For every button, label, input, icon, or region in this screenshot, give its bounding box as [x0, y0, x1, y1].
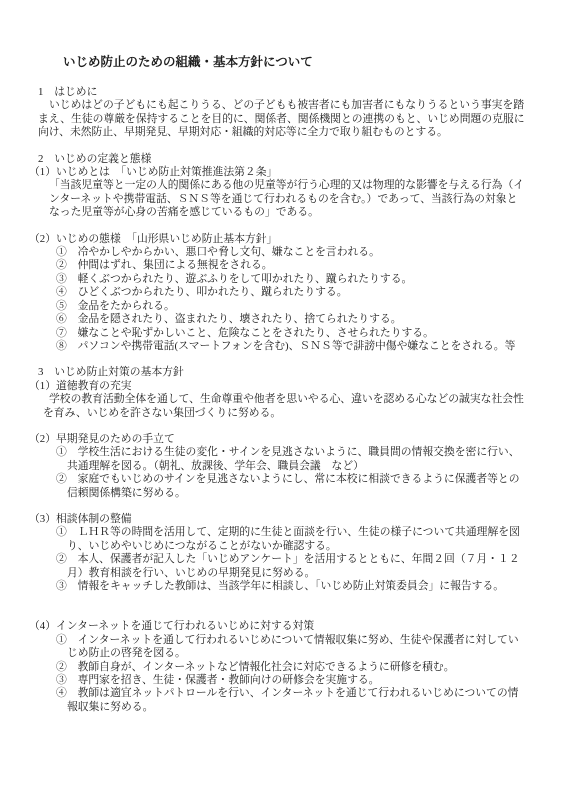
subsection-3-4-items: ① インターネットを通して行われるいじめについて情報収集に努め、生徒や保護者に対…	[38, 634, 528, 714]
section-3: 3 いじめ防止対策の基本方針 （1）道徳教育の充実 学校の教育活動全体を通して、…	[38, 366, 528, 714]
list-item: ③ 情報をキャッチした教師は、当該学年に相談し、「いじめ防止対策委員会」に報告す…	[38, 580, 528, 593]
subsection-3-2: （2）早期発見のための手立て ① 学校生活における生徒の変化・サインを見逃さない…	[38, 433, 528, 500]
subsection-3-4-label: （4）インターネットを通じて行われるいじめに対する対策	[29, 620, 528, 633]
subsection-2-1-label: （1）いじめとは 「いじめ防止対策推進法第２条」	[29, 166, 528, 179]
subsection-3-4: （4）インターネットを通じて行われるいじめに対する対策 ① インターネットを通し…	[38, 620, 528, 714]
subsection-3-2-label: （2）早期発見のための手立て	[29, 433, 528, 446]
subsection-3-3-label: （3）相談体制の整備	[29, 513, 528, 526]
section-2-heading: 2 いじめの定義と態様	[38, 153, 528, 166]
subsection-2-1-quote: 「当該児童等と一定の人的関係にある他の児童等が行う心理的又は物理的な影響を与える…	[38, 179, 528, 219]
list-item: ⑤ 金品をたかられる。	[38, 300, 528, 313]
list-item: ⑧ パソコンや携帯電話(スマートフォンを含む)、ＳＮＳ等で誹謗中傷や嫌なことをさ…	[38, 340, 528, 353]
list-item: ① 冷やかしやからかい、悪口や脅し文句、嫌なことを言われる。	[38, 246, 528, 259]
subsection-3-3-items: ① ＬＨＲ等の時間を活用して、定期的に生徒と面談を行い、生徒の様子について共通理…	[38, 526, 528, 593]
document-page: いじめ防止のための組織・基本方針について 1 はじめに いじめはどの子どもにも起…	[0, 0, 566, 801]
subsection-2-1: （1）いじめとは 「いじめ防止対策推進法第２条」 「当該児童等と一定の人的関係に…	[38, 166, 528, 220]
section-1-paragraph: いじめはどの子どもにも起こりうる、どの子どもも被害者にも加害者にもなりうるという…	[38, 99, 528, 139]
document-title: いじめ防止のための組織・基本方針について	[63, 55, 528, 70]
subsection-3-1-label: （1）道徳教育の充実	[29, 380, 528, 393]
subsection-2-2: （2）いじめの態様 「山形県いじめ防止基本方針」 ① 冷やかしやからかい、悪口や…	[38, 233, 528, 354]
list-item: ② 家庭でもいじめのサインを見逃さないようにし、常に本校に相談できるように保護者…	[38, 473, 528, 500]
list-item: ② 本人、保護者が記入した「いじめアンケート」を活用するとともに、年間２回（７月…	[38, 553, 528, 580]
list-item: ② 教師自身が、インターネットなど情報化社会に対応できるように研修を積む。	[38, 661, 528, 674]
list-item: ① ＬＨＲ等の時間を活用して、定期的に生徒と面談を行い、生徒の様子について共通理…	[38, 526, 528, 553]
list-item: ⑥ 金品を隠されたり、盗まれたり、壊されたり、捨てられたりする。	[38, 313, 528, 326]
list-item: ④ ひどくぶつかられたり、叩かれたり、蹴られたりする。	[38, 286, 528, 299]
section-1: 1 はじめに いじめはどの子どもにも起こりうる、どの子どもも被害者にも加害者にも…	[38, 86, 528, 140]
subsection-2-2-items: ① 冷やかしやからかい、悪口や脅し文句、嫌なことを言われる。 ② 仲間はずれ、集…	[38, 246, 528, 353]
list-item: ⑦ 嫌なことや恥ずかしいこと、危険なことをされたり、させられたりする。	[38, 327, 528, 340]
list-item: ③ 軽くぶつかられたり、遊ぶふりをして叩かれたり、蹴られたりする。	[38, 273, 528, 286]
list-item: ① インターネットを通して行われるいじめについて情報収集に努め、生徒や保護者に対…	[38, 634, 528, 661]
list-item: ① 学校生活における生徒の変化・サインを見逃さないように、職員間の情報交換を密に…	[38, 446, 528, 473]
subsection-2-2-label: （2）いじめの態様 「山形県いじめ防止基本方針」	[29, 233, 528, 246]
subsection-3-1-paragraph: 学校の教育活動全体を通して、生命尊重や他者を思いやる心、違いを認める心などの誠実…	[38, 393, 528, 420]
section-3-heading: 3 いじめ防止対策の基本方針	[38, 366, 528, 379]
list-item: ② 仲間はずれ、集団による無視をされる。	[38, 259, 528, 272]
section-2: 2 いじめの定義と態様 （1）いじめとは 「いじめ防止対策推進法第２条」 「当該…	[38, 153, 528, 354]
section-1-heading: 1 はじめに	[38, 86, 528, 99]
list-item: ④ 教師は適宜ネットパトロールを行い、インターネットを通じて行われるいじめについ…	[38, 687, 528, 714]
subsection-3-3: （3）相談体制の整備 ① ＬＨＲ等の時間を活用して、定期的に生徒と面談を行い、生…	[38, 513, 528, 593]
subsection-3-1: （1）道徳教育の充実 学校の教育活動全体を通して、生命尊重や他者を思いやる心、違…	[38, 380, 528, 420]
list-item: ③ 専門家を招き、生徒・保護者・教師向けの研修会を実施する。	[38, 674, 528, 687]
subsection-3-2-items: ① 学校生活における生徒の変化・サインを見逃さないように、職員間の情報交換を密に…	[38, 446, 528, 500]
